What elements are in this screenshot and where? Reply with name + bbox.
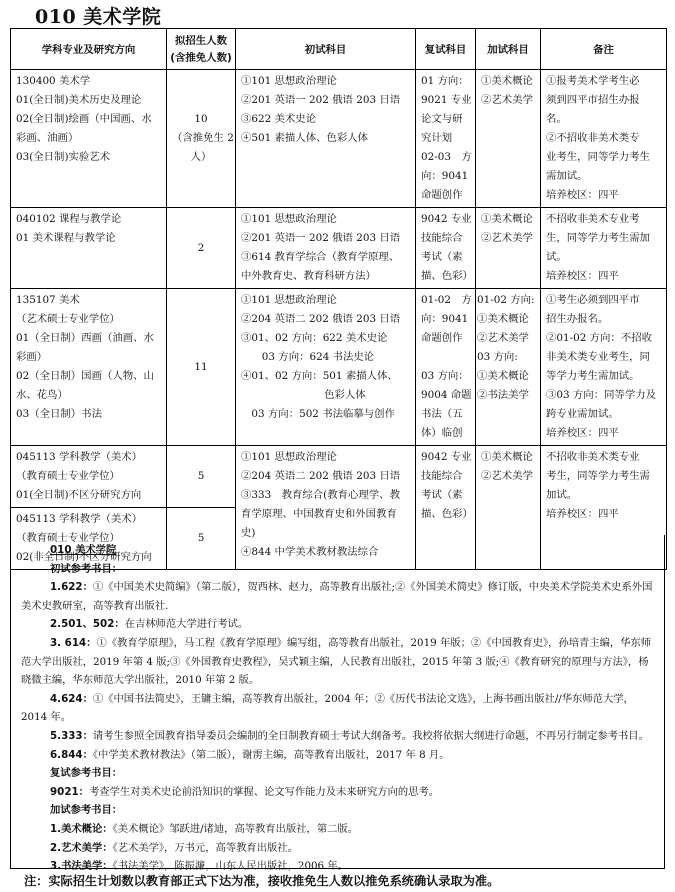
table-header-row: 学科专业及研究方向 拟招生人数 (含推免人数) 初试科目 复试科目 加试科目 备…	[11, 29, 667, 70]
table-row: 135107 美术 （艺术硕士专业学位） 01（全日制）西画（油画、水 彩画） …	[11, 289, 667, 446]
cell-quota: 5	[167, 446, 236, 508]
cell-retest: 9042 专业 技能综合 考试（素 描、色彩）	[416, 208, 476, 289]
cell-remarks: ①报考美术学考生必 须到四平市招生办报 名。 ②不招收非美术类专 业考生，同等学…	[541, 70, 667, 208]
notes-heading: 010 美术学院	[21, 541, 656, 560]
cell-extra-exam: ①美术概论 ②艺术美学	[476, 70, 541, 208]
ref-item: 5.333：请考生参照全国教育指导委员会编制的全日制教育硕士考试大纲备考。我校将…	[21, 727, 656, 746]
ref-item: 6.844：《中学美术教材教法》（第二版），谢雳主编，高等教育出版社，2017 …	[21, 746, 656, 765]
ref-item: 3. 614：①《教育学原理》，马工程《教育学原理》编写组，高等教育出版社，20…	[21, 634, 656, 690]
cell-retest: 01 方向： 9021 专业 论文与研 究计划 02-03 方 向：9041 命…	[416, 70, 476, 208]
ref-item: 2.艺术美学：《艺术美学》，万书元，高等教育出版社。	[21, 839, 656, 858]
cell-program: 040102 课程与教学论 01 美术课程与教学论	[11, 208, 167, 289]
cell-remarks: 不招收非美术专业考 生，同等学力考生需加 试。 培养校区：四平	[541, 208, 667, 289]
ref-item: 1.622：①《中国美术史简编》（第二版），贺西林、赵力，高等教育出版社;②《外…	[21, 578, 656, 615]
table-row: 045113 学科教学（美术） （教育硕士专业学位） 01(全日制)不区分研究方…	[11, 446, 667, 508]
extra-refs-heading: 加试参考书目：	[21, 801, 656, 820]
header-quota: 拟招生人数 (含推免人数)	[167, 29, 236, 70]
retest-refs-heading: 复试参考书目：	[21, 764, 656, 783]
cell-retest: 01-02 方 向：9041 命题创作 03 方向： 9004 命题 书法（五 …	[416, 289, 476, 446]
cell-initial-exam: ①101 思想政治理论 ②204 英语二 202 俄语 203 日语 ③01、0…	[236, 289, 416, 446]
cell-initial-exam: ①101 思想政治理论 ②201 英语一 202 俄语 203 日语 ③614 …	[236, 208, 416, 289]
table-row: 040102 课程与教学论 01 美术课程与教学论 2 ①101 思想政治理论 …	[11, 208, 667, 289]
ref-item: 9021：考查学生对美术史论前沿知识的掌握、论文写作能力及未来研究方向的思考。	[21, 783, 656, 802]
reference-books-section: 010 美术学院 初试参考书目： 1.622：①《中国美术史简编》（第二版），贺…	[10, 535, 665, 869]
ref-item: 4.624：①《中国书法简史》，王镛主编，高等教育出版社，2004 年；②《历代…	[21, 690, 656, 727]
admissions-table: 学科专业及研究方向 拟招生人数 (含推免人数) 初试科目 复试科目 加试科目 备…	[10, 28, 667, 570]
cell-program: 130400 美术学 01(全日制)美术历史及理论 02(全日制)绘画（中国画、…	[11, 70, 167, 208]
cell-initial-exam: ①101 思想政治理论 ②201 英语一 202 俄语 203 日语 ③622 …	[236, 70, 416, 208]
ref-item: 2.501、502：在吉林师范大学进行考试。	[21, 615, 656, 634]
footer-note: 注：实际招生计划数以教育部正式下达为准，接收推免生人数以推免系统确认录取为准。	[24, 872, 499, 889]
ref-item: 1.美术概论：《美术概论》邹跃进/诸迪，高等教育出版社，第二版。	[21, 820, 656, 839]
header-program: 学科专业及研究方向	[11, 29, 167, 70]
cell-program: 045113 学科教学（美术） （教育硕士专业学位） 01(全日制)不区分研究方…	[11, 446, 167, 508]
table-row: 130400 美术学 01(全日制)美术历史及理论 02(全日制)绘画（中国画、…	[11, 70, 667, 208]
cell-remarks: ①考生必须到四平市 招生办报名。 ②01-02 方向：不招收 非美术类专业考生，…	[541, 289, 667, 446]
cell-quota: 11	[167, 289, 236, 446]
header-extra-exam: 加试科目	[476, 29, 541, 70]
cell-quota: 10 （含推免生 2 人）	[167, 70, 236, 208]
cell-extra-exam: 01-02 方向: ①美术概论 ②艺术美学 03 方向: ①美术概论 ②书法美学	[476, 289, 541, 446]
page-title: 010 美术学院	[35, 2, 161, 29]
header-initial-exam: 初试科目	[236, 29, 416, 70]
initial-refs-heading: 初试参考书目：	[21, 560, 656, 579]
header-retest: 复试科目	[416, 29, 476, 70]
header-remarks: 备注	[541, 29, 667, 70]
cell-extra-exam: ①美术概论 ②艺术美学	[476, 208, 541, 289]
cell-quota: 2	[167, 208, 236, 289]
cell-program: 135107 美术 （艺术硕士专业学位） 01（全日制）西画（油画、水 彩画） …	[11, 289, 167, 446]
